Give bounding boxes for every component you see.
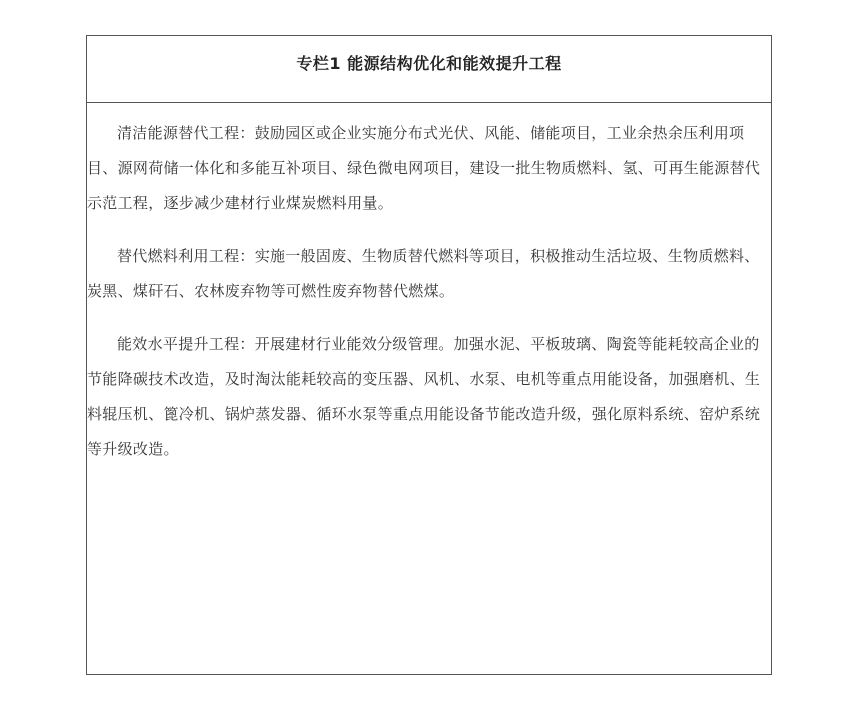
- paragraph-alternative-fuel: 替代燃料利用工程：实施一般固废、生物质替代燃料等项目，积极推动生活垃圾、生物质燃…: [87, 239, 771, 309]
- feature-box: 专栏1 能源结构优化和能效提升工程 清洁能源替代工程：鼓励园区或企业实施分布式光…: [86, 35, 772, 675]
- paragraph-energy-efficiency: 能效水平提升工程：开展建材行业能效分级管理。加强水泥、平板玻璃、陶瓷等能耗较高企…: [87, 327, 771, 467]
- box-content: 清洁能源替代工程：鼓励园区或企业实施分布式光伏、风能、储能项目，工业余热余压利用…: [87, 116, 771, 467]
- box-header: 专栏1 能源结构优化和能效提升工程: [87, 36, 771, 103]
- box-title: 专栏1 能源结构优化和能效提升工程: [296, 51, 561, 74]
- paragraph-clean-energy: 清洁能源替代工程：鼓励园区或企业实施分布式光伏、风能、储能项目，工业余热余压利用…: [87, 116, 771, 221]
